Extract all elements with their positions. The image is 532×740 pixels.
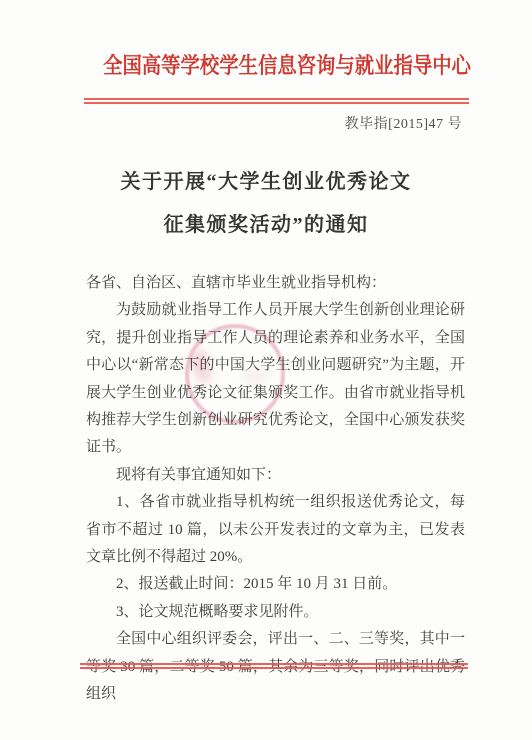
red-divider-bottom (80, 663, 468, 669)
org-name-header: 全国高等学校学生信息咨询与就业指导中心 (78, 50, 454, 82)
notice-body: 各省、自治区、直辖市毕业生就业指导机构： 为鼓励就业指导工作人员开展大学生创新创… (86, 270, 465, 709)
doc-number: 教毕指[2015]47 号 (345, 115, 462, 135)
notice-item-1: 1、各省市就业指导机构统一组织报送优秀论文，每省市不超过 10 篇，以未公开发表… (86, 489, 465, 571)
notice-item-3: 3、论文规范概略要求见附件。 (86, 599, 465, 626)
notice-title: 关于开展“大学生创业优秀论文 征集颁奖活动”的通知 (78, 161, 454, 247)
document-page: 全国高等学校学生信息咨询与就业指导中心 教毕指[2015]47 号 关于开展“大… (0, 0, 532, 740)
notice-title-line1: 关于开展“大学生创业优秀论文 (78, 161, 454, 204)
notice-title-line2: 征集颁奖活动”的通知 (78, 204, 454, 247)
paragraph-lead-in: 现将有关事宜通知如下： (86, 462, 465, 489)
red-divider-top (84, 98, 469, 104)
paragraph-intro: 为鼓励就业指导工作人员开展大学生创新创业理论研究，提升创业指导工作人员的理论素养… (86, 297, 465, 461)
org-name-text: 全国高等学校学生信息咨询与就业指导中心 (103, 50, 471, 82)
notice-item-2: 2、报送截止时间：2015 年 10 月 31 日前。 (86, 571, 465, 598)
salutation: 各省、自治区、直辖市毕业生就业指导机构： (86, 270, 465, 297)
